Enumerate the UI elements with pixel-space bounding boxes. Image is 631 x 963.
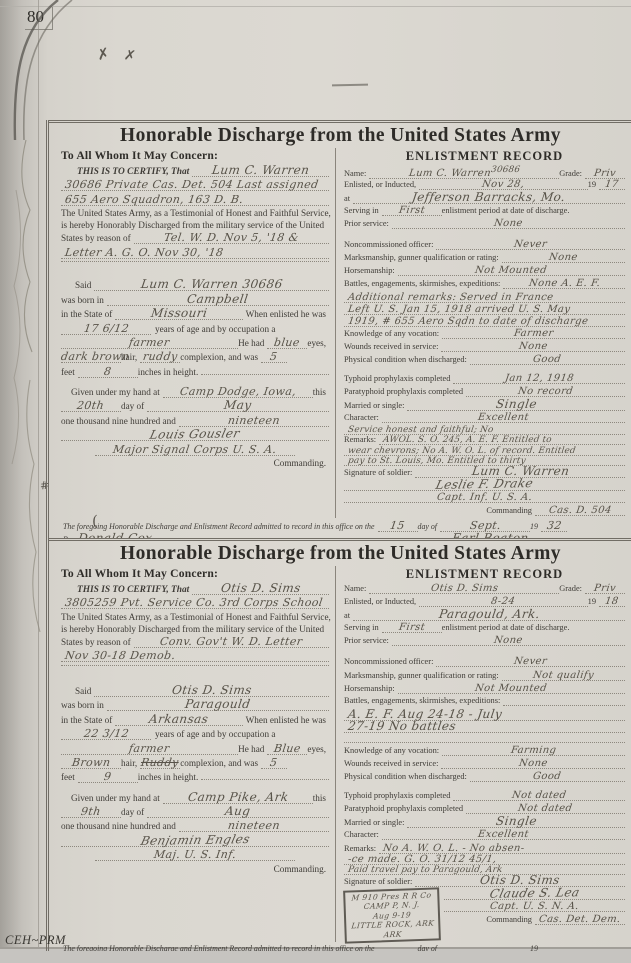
state-row: in the State of Missouri When enlisted h…	[61, 308, 329, 322]
officer-title-handwritten: Maj. U. S. Inf.	[95, 849, 295, 861]
vocation-row: Knowledge of any vocation: Farming	[344, 745, 625, 758]
paratyphoid-handwritten: Not dated	[466, 803, 625, 814]
discharge-form: Honorable Discharge from the United Stat…	[46, 120, 631, 951]
commanding-row: Commanding.	[61, 458, 329, 472]
marksmanship-row: Marksmanship, gunner qualification or ra…	[344, 670, 625, 683]
inches-label: inches in height.	[138, 367, 201, 377]
battles-text-3: 27-19 No battles	[347, 721, 456, 732]
unit-row-2: 655 Aero Squadron, 163 D. B.	[61, 194, 329, 208]
battles-line-4: 1919, # 655 Aero Sqdn to date of dischar…	[344, 316, 625, 328]
archive-corner-label: CEH~PRM	[5, 933, 66, 948]
serial-number-text: 30686	[490, 165, 521, 176]
co-title-text: Capt. U. S. N. A.	[489, 901, 579, 912]
reason-row-1: States by reason of Conv. Gov't W. D. Le…	[61, 636, 329, 650]
battles-rule-3: Left U. S. Jan 15, 1918 arrived U. S. Ma…	[344, 304, 625, 315]
vocation-handwritten: Farming	[442, 745, 625, 756]
commanding-unit-handwritten: Cas. D. 504	[535, 505, 625, 516]
age-handwritten: 17 6/12	[61, 323, 151, 335]
at-label: at	[344, 194, 353, 203]
reason-row-2: Nov 30-18 Demob.	[61, 650, 329, 664]
serving-suffix-label: enlistment period at date of discharge.	[442, 623, 573, 632]
co-title-rule: Capt. Inf. U. S. A.	[344, 492, 625, 503]
complexion-label: complexion, and was	[180, 758, 261, 768]
married-label: Married or single:	[344, 401, 407, 410]
co-title-rule: Capt. U. S. N. A.	[444, 901, 625, 912]
battles-handwritten	[503, 696, 625, 706]
grade-handwritten: Priv	[585, 168, 625, 179]
soldier-name-text: Lum C. Warren	[211, 165, 310, 176]
enlisted-year-handwritten: 17	[599, 179, 625, 190]
name-grade-row: Name: Otis D. Sims Grade: Priv	[344, 583, 625, 596]
age-text: 22 3/12	[83, 728, 130, 739]
remarks-text-2: -ce made. G. O. 31/12 45/1,	[347, 854, 497, 865]
commanding-row: Commanding.	[61, 864, 329, 878]
battles-line-3: 27-19 No battles	[344, 721, 625, 733]
officer-signature-handwritten: Louis Gousler	[61, 429, 329, 441]
enlistment-record-column: ENLISTMENT RECORD Name: Lum C. Warren306…	[335, 148, 631, 518]
serving-label: Serving in	[344, 206, 382, 215]
battles-label: Battles, engagements, skirmishes, expedi…	[344, 696, 503, 705]
occupation-text: farmer	[129, 337, 171, 348]
spacer	[344, 648, 625, 656]
remarks-handwritten-1: AWOL. S. O. 245, A. E. F. Entitled to	[379, 435, 625, 445]
state-handwritten: Missouri	[115, 308, 242, 320]
admitted-year-handwritten	[541, 944, 567, 951]
state-row: in the State of Arkansas When enlisted h…	[61, 714, 329, 728]
year-word-handwritten: nineteen	[179, 415, 329, 427]
year-word-handwritten: nineteen	[179, 820, 329, 832]
nco-label: Noncommissioned officer:	[344, 657, 436, 666]
soldier-name-handwritten: Otis D. Sims	[192, 583, 329, 595]
paratyphoid-row: Paratyphoid prophylaxis completed Not da…	[344, 803, 625, 816]
commanding-unit-text: Cas. D. 504	[548, 505, 612, 516]
blank-rule	[201, 374, 329, 375]
height-feet-handwritten: 5	[261, 757, 287, 769]
admitted-day-handwritten: 15	[378, 520, 418, 532]
day-text: 20th	[77, 400, 106, 411]
serving-row: Serving in First enlistment period at da…	[344, 205, 625, 218]
serving-text: First	[398, 622, 426, 633]
complexion-label: complexion, and was	[180, 352, 261, 362]
age-label: years of age and by occupation a	[151, 729, 278, 739]
name-text: Lum C. Warren	[408, 168, 491, 179]
co-commanding-row: Commanding Cas. D. 504	[344, 505, 625, 518]
unit-text-1: 3805259 Pvt. Service Co. 3rd Corps Schoo…	[64, 597, 323, 608]
day-month-row: 9th day of Aug	[61, 806, 329, 820]
top-edge-rule	[0, 6, 631, 7]
eyes-handwritten: Blue	[267, 743, 307, 755]
nco-text: Never	[513, 239, 548, 250]
name-handwritten: Lum C. Warren30686	[369, 165, 559, 179]
co-title-row: Capt. Inf. U. S. A.	[344, 492, 625, 505]
said-name-handwritten: Lum C. Warren 30686	[94, 279, 329, 291]
testimonial-line-2: is hereby Honorably Discharged from the …	[61, 624, 329, 636]
feet-label: feet	[61, 772, 78, 782]
scanned-ledger-page: { "page": { "number": "80", "corner_labe…	[0, 0, 631, 963]
height-inches-text: 8	[103, 366, 112, 377]
testimonial-line-1: The United States Army, as a Testimonial…	[61, 208, 329, 220]
record-title: Honorable Discharge from the United Stat…	[49, 125, 631, 147]
age-label: years of age and by occupation a	[151, 324, 278, 334]
this-label: this	[313, 387, 329, 397]
reason-label: States by reason of	[61, 233, 134, 243]
typhoid-handwritten: Jan 12, 1918	[453, 373, 625, 384]
remarks-rule-2: wear chevrons; No A. W. O. L. of record.…	[344, 446, 625, 456]
grade-label: Grade:	[559, 169, 585, 178]
born-label: was born in	[61, 295, 107, 305]
character-text: Excellent	[477, 412, 529, 423]
vocation-text: Farming	[510, 745, 557, 756]
unit-row-1: 3805259 Pvt. Service Co. 3rd Corps Schoo…	[61, 597, 329, 611]
serving-row: Serving in First enlistment period at da…	[344, 622, 625, 635]
physical-text: Good	[533, 354, 563, 365]
age-text: 17 6/12	[83, 323, 130, 334]
unit-handwritten-1: 30686 Private Cas. Det. 504 Last assigne…	[61, 179, 329, 191]
unit-handwritten-1: 3805259 Pvt. Service Co. 3rd Corps Schoo…	[61, 597, 329, 609]
signature-block: Leslie F. Drake Capt. Inf. U. S. A. Comm…	[344, 479, 625, 518]
married-text: Single	[495, 816, 537, 827]
nco-row: Noncommissioned officer: Never	[344, 656, 625, 669]
height-inches-handwritten: 9	[78, 771, 138, 783]
character-handwritten: Excellent	[382, 829, 625, 840]
margin-x-mark-1: ✗	[95, 44, 111, 64]
reason-row-1: States by reason of Tel. W. D. Nov 5, '1…	[61, 232, 329, 246]
character-text: Excellent	[477, 829, 529, 840]
name-handwritten: Otis D. Sims	[369, 583, 559, 594]
vocation-label: Knowledge of any vocation:	[344, 746, 442, 755]
birthplace-text: Paragould	[184, 699, 251, 710]
commanding-label: Commanding.	[274, 458, 329, 468]
prior-service-label: Prior service:	[344, 636, 392, 645]
nco-text: Never	[513, 656, 548, 667]
at-row: at Jefferson Barracks, Mo.	[344, 192, 625, 205]
binding-curve-lines	[0, 0, 120, 140]
wounds-handwritten: None	[441, 758, 625, 769]
commanding-label: Commanding.	[274, 864, 329, 874]
enlisted-label: Enlisted, or Inducted,	[344, 180, 419, 189]
officer-signature-row: Louis Gousler	[61, 429, 329, 443]
battles-text-2: Additional remarks: Served in France	[347, 292, 554, 303]
co-signature-row: Claude S. Lea	[444, 888, 625, 901]
admitted-year-text: 32	[546, 520, 562, 531]
typhoid-text: Jan 12, 1918	[504, 373, 574, 384]
battles-rule-4	[344, 733, 625, 743]
left-margin-rule	[38, 0, 39, 947]
wounds-text: None	[518, 341, 548, 352]
month-text: Aug	[225, 806, 252, 817]
grade-handwritten: Priv	[585, 583, 625, 594]
reason-label: States by reason of	[61, 637, 134, 647]
character-row: Character: Excellent	[344, 829, 625, 842]
place-text: Camp Pike, Ark	[187, 792, 289, 803]
certify-label: THIS IS TO CERTIFY, That	[61, 167, 192, 177]
remarks-row: Remarks: No A. W. O. L. - No absen-	[344, 843, 625, 854]
battles-line-2: Additional remarks: Served in France	[344, 292, 625, 304]
remarks-text-2: wear chevrons; No A. W. O. L. of record.…	[347, 446, 576, 457]
vocation-row: Knowledge of any vocation: Farmer	[344, 328, 625, 341]
paratyphoid-text: Not dated	[518, 803, 574, 814]
given-label: Given under my hand at	[61, 387, 163, 397]
serving-suffix-label: enlistment period at date of discharge.	[442, 206, 573, 215]
birthplace-handwritten: Paragould	[107, 699, 329, 711]
co-commanding-row: Commanding Cas. Det. Dem.	[444, 914, 625, 927]
hair-text: Brown	[71, 757, 111, 768]
horsemanship-text: Not Mounted	[475, 265, 548, 276]
co-signature-text: Leslie F. Drake	[435, 478, 535, 491]
blank-rule	[61, 665, 329, 666]
officer-title-row: Major Signal Corps U. S. A.	[61, 444, 329, 458]
admitted-month-text: Sept.	[469, 520, 502, 531]
nco-handwritten: Never	[436, 239, 625, 250]
ledger-page-scan: 80 ✗ ✗ ( # Honorable Discharge from the …	[0, 0, 631, 949]
enlisted-date-handwritten: Nov 28,	[419, 179, 588, 190]
married-row: Married or single: Single	[344, 816, 625, 829]
admitted-year-prefix: 19	[530, 522, 541, 531]
state-handwritten: Arkansas	[115, 714, 242, 726]
inches-label: inches in height.	[138, 772, 201, 782]
height-feet-text: 5	[270, 757, 279, 768]
battles-row: Battles, engagements, skirmishes, expedi…	[344, 278, 625, 291]
physical-label: Physical condition when discharged:	[344, 355, 470, 364]
soldier-signature-text: Otis D. Sims	[480, 875, 561, 886]
certificate-column: To All Whom It May Concern: THIS IS TO C…	[49, 566, 335, 942]
vocation-text: Farmer	[513, 328, 554, 339]
unit-row-1: 30686 Private Cas. Det. 504 Last assigne…	[61, 179, 329, 193]
he-had-label: He had	[238, 338, 267, 348]
remarks-pre-rule: Service honest and faithful; No	[344, 425, 625, 435]
battles-line-3: Left U. S. Jan 15, 1918 arrived U. S. Ma…	[344, 304, 625, 316]
co-commanding-label: Commanding	[486, 506, 535, 515]
eyes-text: Blue	[273, 743, 301, 754]
typhoid-label: Typhoid prophylaxis completed	[344, 791, 453, 800]
record-footer: The foregoing Honorable Discharge and En…	[49, 518, 631, 538]
blank-rule	[201, 779, 329, 780]
admitted-month-handwritten	[440, 944, 530, 951]
place-text: Camp Dodge, Iowa,	[179, 386, 297, 397]
spacer	[344, 231, 625, 239]
paratyphoid-handwritten: No record	[466, 386, 625, 397]
officer-signature-handwritten: Benjamin Engles	[61, 835, 329, 847]
battles-line-4	[344, 733, 625, 745]
blank-rule	[61, 261, 329, 262]
state-label: in the State of	[61, 309, 115, 319]
vocation-label: Knowledge of any vocation:	[344, 329, 442, 338]
he-had-label: He had	[238, 744, 267, 754]
grade-label: Grade:	[559, 584, 585, 593]
said-name-text: Lum C. Warren 30686	[140, 279, 283, 290]
said-name-text: Otis D. Sims	[171, 685, 252, 696]
married-row: Married or single: Single	[344, 399, 625, 412]
remarks-handwritten-1: No A. W. O. L. - No absen-	[379, 843, 625, 854]
state-text: Arkansas	[149, 714, 210, 725]
height-feet-text: 5	[270, 351, 279, 362]
commanding-unit-handwritten: Cas. Det. Dem.	[535, 914, 625, 925]
record-footer: The foregoing Honorable Discharge and En…	[49, 942, 631, 951]
officer-title-text: Major Signal Corps U. S. A.	[112, 444, 277, 455]
typhoid-handwritten: Not dated	[453, 790, 625, 801]
unit-handwritten-2: 655 Aero Squadron, 163 D. B.	[61, 194, 329, 206]
discharge-record-2: Honorable Discharge from the United Stat…	[49, 538, 631, 951]
serving-label: Serving in	[344, 623, 382, 632]
complexion-text: Ruddy	[141, 757, 180, 768]
enlisted-year-text: 18	[604, 596, 619, 607]
commanding-officer-signatures: Claude S. Lea Capt. U. S. N. A. Commandi…	[444, 888, 625, 927]
month-handwritten: May	[147, 400, 329, 412]
occupation-text: farmer	[129, 743, 171, 754]
horsemanship-text: Not Mounted	[475, 683, 548, 694]
officer-title-row: Maj. U. S. Inf.	[61, 849, 329, 863]
wounds-label: Wounds received in service:	[344, 342, 441, 351]
officer-title-handwritten: Major Signal Corps U. S. A.	[95, 444, 295, 456]
prior-service-handwritten: None	[392, 218, 625, 229]
soldier-signature-text: Lum C. Warren	[471, 466, 570, 477]
battles-text: None A. E. F.	[528, 278, 601, 289]
thousand-label: one thousand nine hundred and	[61, 416, 179, 426]
height-row: feet 9 inches in height.	[61, 771, 329, 785]
reason-handwritten-1: Tel. W. D. Nov 5, '18 &	[134, 232, 329, 244]
admitted-day-text: 15	[389, 520, 405, 531]
soldier-signature-handwritten: Otis D. Sims	[415, 875, 625, 887]
unit-text-2: 655 Aero Squadron, 163 D. B.	[64, 194, 244, 205]
occupation-row: farmer He had Blue eyes,	[61, 743, 329, 757]
battles-label: Battles, engagements, skirmishes, expedi…	[344, 279, 503, 288]
reason-blank-row	[61, 261, 329, 275]
day-text: 9th	[80, 806, 101, 817]
day-handwritten: 20th	[61, 400, 121, 412]
typhoid-text: Not dated	[511, 790, 567, 801]
complexion-handwritten: ruddy	[140, 351, 180, 363]
soldier-signature-row: Signature of soldier: Otis D. Sims	[344, 875, 625, 888]
month-handwritten: Aug	[147, 806, 329, 818]
nco-row: Noncommissioned officer: Never	[344, 239, 625, 252]
serving-text: First	[398, 205, 426, 216]
year-word-text: nineteen	[227, 820, 280, 831]
horsemanship-handwritten: Not Mounted	[398, 683, 625, 694]
place-handwritten: Camp Pike, Ark	[163, 792, 313, 804]
reason-row-2: Letter A. G. O. Nov 30, '18	[61, 247, 329, 261]
enlisted-label: Enlisted, or Inducted,	[344, 597, 419, 606]
paratyphoid-label: Paratyphoid prophylaxis completed	[344, 804, 466, 813]
remarks-text-1: AWOL. S. O. 245, A. E. F. Entitled to	[382, 435, 552, 446]
day-of-label: day of	[121, 401, 147, 411]
battles-text-3: Left U. S. Jan 15, 1918 arrived U. S. Ma…	[347, 304, 571, 315]
complexion-handwritten: Ruddy	[140, 757, 180, 769]
physical-row: Physical condition when discharged: Good	[344, 354, 625, 367]
married-label: Married or single:	[344, 818, 407, 827]
marksmanship-text: None	[548, 252, 578, 263]
remarks-label: Remarks:	[344, 844, 379, 853]
prior-service-row: Prior service: None	[344, 218, 625, 231]
co-signature-rule: Claude S. Lea	[444, 888, 625, 900]
physical-handwritten: Good	[470, 354, 625, 365]
officer-signature-text: Benjamin Engles	[139, 834, 251, 847]
serving-handwritten: First	[382, 622, 442, 633]
given-row: Given under my hand at Camp Pike, Ark th…	[61, 792, 329, 806]
testimonial-line-1: The United States Army, as a Testimonial…	[61, 612, 329, 624]
enlisted-date-text: 8-24	[491, 596, 517, 607]
prior-service-text: None	[493, 635, 523, 646]
state-label: in the State of	[61, 715, 115, 725]
prior-service-handwritten: None	[392, 635, 625, 646]
age-row: 22 3/12 years of age and by occupation a	[61, 728, 329, 742]
certificate-column: To All Whom It May Concern: THIS IS TO C…	[49, 148, 335, 518]
marksmanship-handwritten: None	[502, 252, 625, 263]
wounds-row: Wounds received in service: None	[344, 341, 625, 354]
wounds-handwritten: None	[441, 341, 625, 352]
enlisted-date-text: Nov 28,	[481, 179, 525, 190]
page-number: 80	[25, 7, 53, 30]
enlistment-record-heading: ENLISTMENT RECORD	[344, 567, 625, 583]
remarks-pre-row: Service honest and faithful; No	[344, 425, 625, 435]
year-word-text: nineteen	[227, 415, 280, 426]
prior-service-row: Prior service: None	[344, 635, 625, 648]
reason-text-2: Letter A. G. O. Nov 30, '18	[64, 247, 224, 258]
wounds-label: Wounds received in service:	[344, 759, 441, 768]
name-label: Name:	[344, 584, 369, 593]
commanding-officer-signatures: Leslie F. Drake Capt. Inf. U. S. A. Comm…	[344, 479, 625, 518]
enlisted-year-handwritten: 18	[599, 596, 625, 607]
grade-text: Priv	[593, 583, 617, 594]
admitted-year-prefix: 19	[530, 944, 541, 951]
prior-service-label: Prior service:	[344, 219, 392, 228]
typhoid-row: Typhoid prophylaxis completed Jan 12, 19…	[344, 373, 625, 386]
vocation-handwritten: Farmer	[442, 328, 625, 339]
at-row: at Paragould, Ark.	[344, 609, 625, 622]
hair-label: hair,	[121, 758, 140, 768]
year-prefix: 19	[588, 597, 599, 606]
enlisted-date-handwritten: 8-24	[419, 596, 588, 607]
horsemanship-row: Horsemanship: Not Mounted	[344, 683, 625, 696]
character-label: Character:	[344, 830, 382, 839]
enlist-place-handwritten: Paragould, Ark.	[353, 609, 625, 621]
physical-row: Physical condition when discharged: Good	[344, 771, 625, 784]
marksmanship-text: Not qualify	[532, 670, 594, 681]
reason-blank-row	[61, 665, 329, 679]
remarks-text-3: Paid travel pay to Paragould, Ark	[347, 865, 503, 876]
admitted-day-of-label: day of	[418, 944, 441, 951]
height-row: feet 8 inches in height.	[61, 366, 329, 380]
signature-block: M 910 Pres R R Co CAMP P, N. J. Aug 9-19…	[344, 888, 625, 942]
battles-rule-4: 1919, # 655 Aero Sqdn to date of dischar…	[344, 316, 625, 327]
testimonial-text-1: The United States Army, as a Testimonial…	[61, 612, 334, 622]
day-of-label: day of	[121, 807, 147, 817]
when-enlisted-label: When enlisted he was	[243, 715, 329, 725]
horsemanship-row: Horsemanship: Not Mounted	[344, 265, 625, 278]
married-handwritten: Single	[407, 399, 625, 411]
thousand-label: one thousand nine hundred and	[61, 821, 179, 831]
unit-text-1: 30686 Private Cas. Det. 504 Last assigne…	[64, 179, 319, 190]
nco-handwritten: Never	[436, 656, 625, 667]
enlistment-record-heading: ENLISTMENT RECORD	[344, 149, 625, 165]
height-inches-handwritten: 8	[78, 366, 138, 378]
horsemanship-label: Horsemanship:	[344, 684, 398, 693]
record-columns: To All Whom It May Concern: THIS IS TO C…	[49, 566, 631, 942]
typhoid-row: Typhoid prophylaxis completed Not dated	[344, 790, 625, 803]
stamp-line-5: ARK	[383, 930, 402, 939]
admitted-year-handwritten: 32	[541, 520, 567, 532]
occupation-handwritten: farmer	[61, 743, 238, 755]
wounds-text: None	[518, 758, 548, 769]
age-handwritten: 22 3/12	[61, 728, 151, 740]
reason-text-1: Tel. W. D. Nov 5, '18 &	[163, 232, 299, 243]
admitted-row: The foregoing Honorable Discharge and En…	[63, 944, 628, 951]
height-feet-handwritten: 5	[261, 351, 287, 363]
marksmanship-label: Marksmanship, gunner qualification or ra…	[344, 253, 502, 262]
co-signature-rule: Leslie F. Drake	[344, 479, 625, 491]
reason-handwritten-2: Letter A. G. O. Nov 30, '18	[61, 247, 329, 259]
age-row: 17 6/12 years of age and by occupation a	[61, 323, 329, 337]
margin-x-mark-2: ✗	[123, 47, 137, 64]
